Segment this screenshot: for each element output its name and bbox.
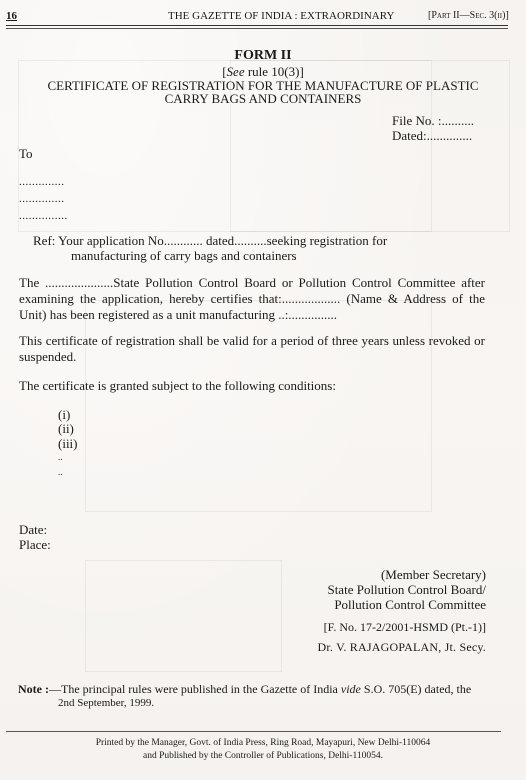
header-rule xyxy=(6,28,508,29)
file-number-field: File No. :.......... xyxy=(392,113,474,129)
to-label: To xyxy=(19,146,33,162)
note: Note :—The principal rules were publishe… xyxy=(18,682,471,697)
reference-line: Ref: Your application No............ dat… xyxy=(33,233,387,249)
signatory-organization: Pollution Control Committee xyxy=(334,597,486,613)
form-title: FORM II xyxy=(0,48,526,64)
certification-paragraph: The .....................State Pollution… xyxy=(19,275,485,323)
address-line: ............... xyxy=(19,210,68,222)
condition-item: .. xyxy=(58,467,63,477)
dated-field: Dated:.............. xyxy=(392,128,472,144)
validity-paragraph: This certificate of registration shall b… xyxy=(19,333,485,365)
place-label: Place: xyxy=(19,537,51,553)
date-label: Date: xyxy=(19,522,47,538)
signatory-name: Dr. V. RAJAGOPALAN, Jt. Secy. xyxy=(318,640,487,655)
page-number: 16 xyxy=(6,10,17,22)
condition-item: (iii) xyxy=(58,436,78,452)
bleed-through-table xyxy=(85,300,432,512)
file-reference: [F. No. 17-2/2001-HSMD (Pt.-1)] xyxy=(324,620,486,635)
note-continuation: 2nd September, 1999. xyxy=(58,697,154,709)
condition-item: .. xyxy=(58,452,63,462)
publisher-info: and Published by the Controller of Publi… xyxy=(0,751,526,761)
condition-item: (ii) xyxy=(58,421,74,437)
section-label: [Part II—Sec. 3(ii)] xyxy=(428,10,509,21)
signatory-organization: State Pollution Control Board/ xyxy=(327,582,486,598)
note-label: Note : xyxy=(18,682,49,696)
address-line: .............. xyxy=(19,193,65,205)
footer-rule xyxy=(6,731,501,732)
header-rule xyxy=(6,25,508,26)
address-line: .............. xyxy=(19,176,65,188)
gazette-page: 16 THE GAZETTE OF INDIA : EXTRAORDINARY … xyxy=(0,0,526,780)
printer-info: Printed by the Manager, Govt. of India P… xyxy=(0,738,526,748)
conditions-intro: The certificate is granted subject to th… xyxy=(19,378,485,394)
reference-line: manufacturing of carry bags and containe… xyxy=(71,248,297,264)
publication-title: THE GAZETTE OF INDIA : EXTRAORDINARY xyxy=(168,10,394,22)
bleed-through-table xyxy=(85,560,282,672)
certificate-title: CARRY BAGS AND CONTAINERS xyxy=(0,91,526,107)
signatory-title: (Member Secretary) xyxy=(381,567,486,583)
